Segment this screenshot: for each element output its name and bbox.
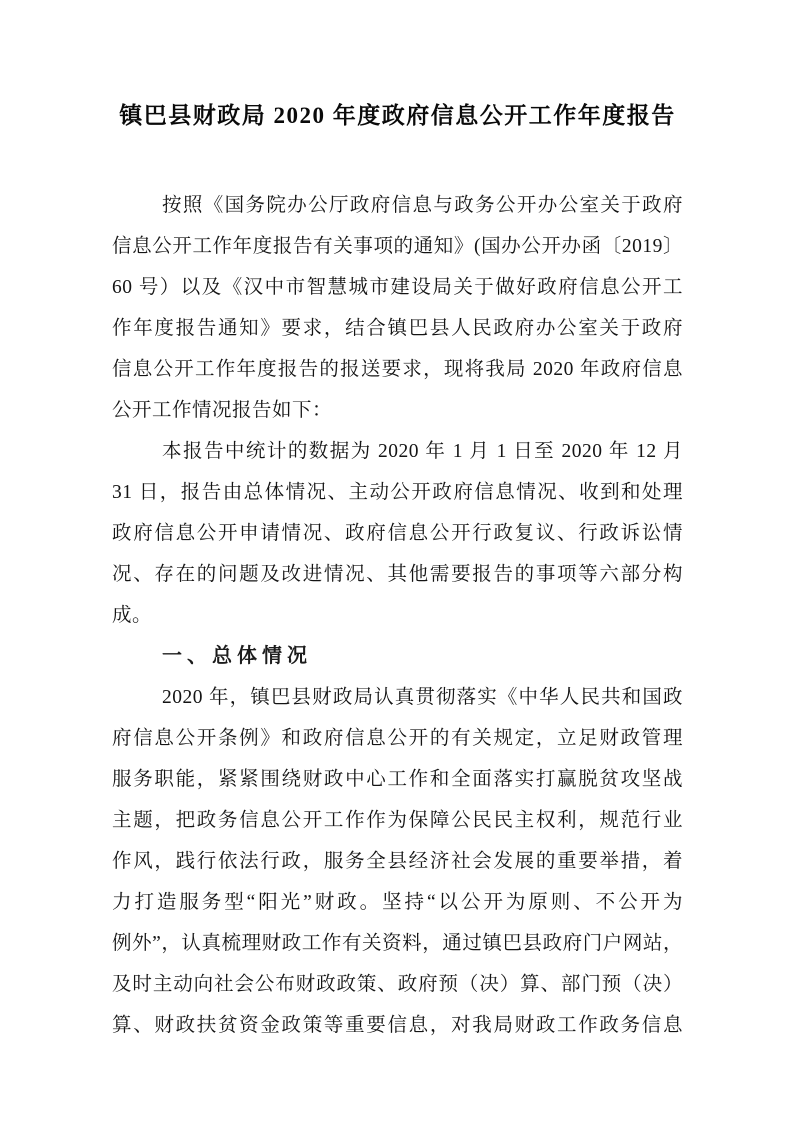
text-line: 按照《国务院办公厅政府信息与政务公开办公室关于政府 bbox=[112, 185, 683, 226]
document-body: 按照《国务院办公厅政府信息与政务公开办公室关于政府信息公开工作年度报告有关事项的… bbox=[112, 185, 683, 1046]
overview-paragraph: 2020 年，镇巴县财政局认真贯彻落实《中华人民共和国政府信息公开条例》和政府信… bbox=[112, 677, 683, 1046]
document-page: 镇巴县财政局 2020 年度政府信息公开工作年度报告 按照《国务院办公厅政府信息… bbox=[0, 0, 793, 1122]
text-line: 例外”，认真梳理财政工作有关资料，通过镇巴县政府门户网站， bbox=[112, 923, 683, 964]
text-line: 况、存在的问题及改进情况、其他需要报告的事项等六部分构 bbox=[112, 554, 683, 595]
text-line: 60 号）以及《汉中市智慧城市建设局关于做好政府信息公开工 bbox=[112, 267, 683, 308]
text-line: 本报告中统计的数据为 2020 年 1 月 1 日至 2020 年 12 月 bbox=[112, 431, 683, 472]
text-line: 成。 bbox=[112, 595, 683, 636]
text-line: 府信息公开条例》和政府信息公开的有关规定，立足财政管理 bbox=[112, 718, 683, 759]
intro-paragraph: 按照《国务院办公厅政府信息与政务公开办公室关于政府信息公开工作年度报告有关事项的… bbox=[112, 185, 683, 431]
text-line: 信息公开工作年度报告有关事项的通知》(国办公开办函〔2019〕 bbox=[112, 226, 683, 267]
text-line: 信息公开工作年度报告的报送要求，现将我局 2020 年政府信息 bbox=[112, 349, 683, 390]
text-line: 公开工作情况报告如下： bbox=[112, 390, 683, 431]
text-line: 作风，践行依法行政，服务全县经济社会发展的重要举措，着 bbox=[112, 841, 683, 882]
section-1-heading: 一、总体情况 bbox=[112, 636, 683, 677]
text-line: 一、总体情况 bbox=[112, 636, 683, 677]
text-line: 及时主动向社会公布财政政策、政府预（决）算、部门预（决） bbox=[112, 964, 683, 1005]
text-line: 政府信息公开申请情况、政府信息公开行政复议、行政诉讼情 bbox=[112, 513, 683, 554]
text-line: 服务职能，紧紧围绕财政中心工作和全面落实打赢脱贫攻坚战 bbox=[112, 759, 683, 800]
report-structure-paragraph: 本报告中统计的数据为 2020 年 1 月 1 日至 2020 年 12 月31… bbox=[112, 431, 683, 636]
text-line: 31 日，报告由总体情况、主动公开政府信息情况、收到和处理 bbox=[112, 472, 683, 513]
text-line: 主题，把政务信息公开工作作为保障公民民主权利，规范行业 bbox=[112, 800, 683, 841]
document-title: 镇巴县财政局 2020 年度政府信息公开工作年度报告 bbox=[112, 92, 683, 140]
text-line: 算、财政扶贫资金政策等重要信息，对我局财政工作政务信息 bbox=[112, 1005, 683, 1046]
text-line: 力打造服务型“阳光”财政。坚持“以公开为原则、不公开为 bbox=[112, 882, 683, 923]
text-line: 2020 年，镇巴县财政局认真贯彻落实《中华人民共和国政 bbox=[112, 677, 683, 718]
text-line: 作年度报告通知》要求，结合镇巴县人民政府办公室关于政府 bbox=[112, 308, 683, 349]
